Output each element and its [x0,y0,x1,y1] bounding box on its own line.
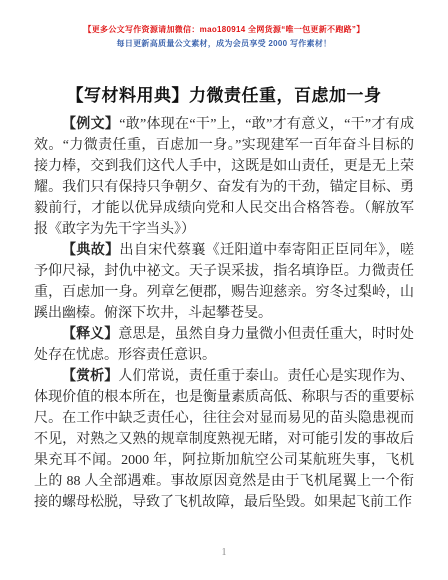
paragraph-tag-shiyi: 【释义】 [62,327,118,342]
document-page: 【更多公文写作资源请加微信：mao180914 全网货源“唯一包更新不跑路”】 … [0,0,448,580]
paragraph-diangu: 【典故】出自宋代蔡襄《迁阳道中奉寄阳正臣同年》，嗟予仰尺禄，封仇中祕文。天子误采… [34,240,414,324]
paragraph-tag-shangxi: 【赏析】 [62,369,118,384]
paragraph-tag-liwen: 【例文】 [62,117,119,132]
page-number: 1 [0,547,448,558]
paragraph-text-liwen: “敢”体现在“干”上，“敢”才有意义，“干”才有成效。“力微责任重，百虑加一身。… [34,117,414,237]
header-promo-line-red: 【更多公文写作资源请加微信：mao180914 全网货源“唯一包更新不跑路”】 [0,24,448,35]
paragraph-tag-diangu: 【典故】 [62,243,120,258]
paragraph-shiyi: 【释义】意思是，虽然自身力量微小但责任重大，时时处处存在忧虑。形容责任意识。 [34,324,414,366]
paragraph-text-shangxi: 人们常说，责任重于泰山。责任心是实现作为、体现价值的根本所在，也是衡量素质高低、… [34,369,414,510]
document-header: 【更多公文写作资源请加微信：mao180914 全网货源“唯一包更新不跑路”】 … [0,0,448,49]
page-title: 【写材料用典】力微责任重，百虑加一身 [0,85,448,107]
header-promo-line-blue: 每日更新高质量公文素材，成为会员享受 2000 写作素材！ [0,38,448,49]
paragraph-shangxi: 【赏析】人们常说，责任重于泰山。责任心是实现作为、体现价值的根本所在，也是衡量素… [34,366,414,513]
paragraph-liwen: 【例文】“敢”体现在“干”上，“敢”才有意义，“干”才有成效。“力微责任重，百虑… [34,114,414,240]
document-body: 【例文】“敢”体现在“干”上，“敢”才有意义，“干”才有成效。“力微责任重，百虑… [0,114,448,513]
